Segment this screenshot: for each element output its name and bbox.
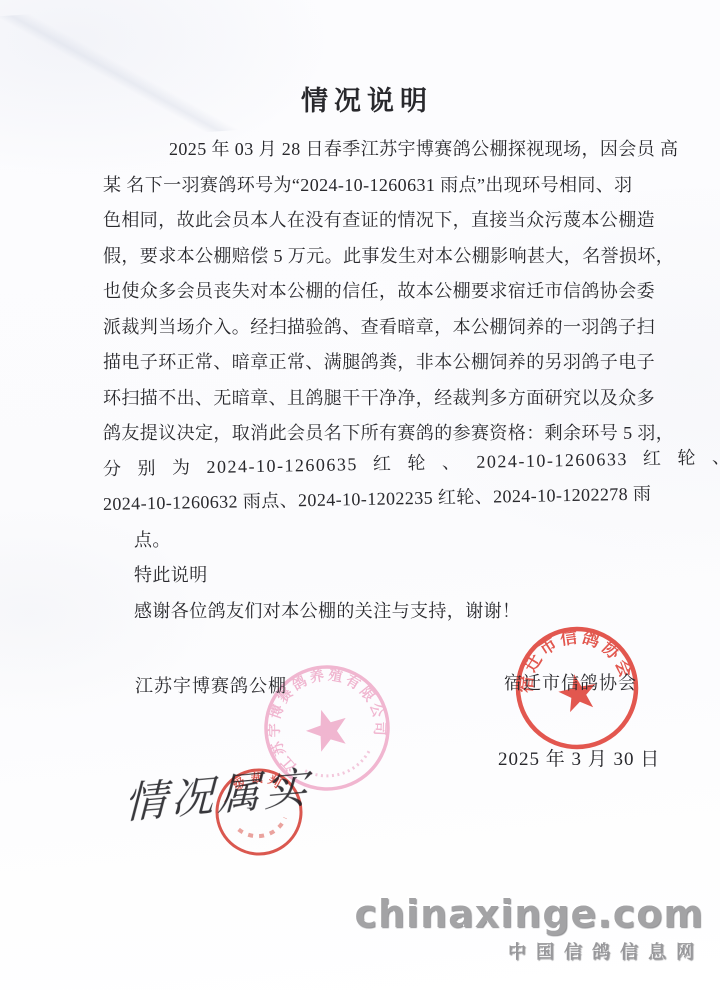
handwritten-note: 情况属实 <box>123 753 311 831</box>
body-line: 描电子环正常、暗章正常、满腿鸽粪，非本公棚饲养的另羽鸽子电子 <box>103 345 631 381</box>
referee-seal-lower-marks <box>239 818 288 841</box>
body-line: 也使众多会员丧失对本公棚的信任，故本公棚要求宿迁市信鸽协会委 <box>103 274 631 310</box>
body-line: 点。 <box>134 523 631 559</box>
signature-loft-name: 江苏宇博赛鸽公棚 <box>135 672 287 698</box>
body-line: 特此说明 <box>134 558 631 594</box>
body-line: 2025 年 03 月 28 日春季江苏宇博赛鸽公棚探视现场，因会员 高 <box>103 132 631 168</box>
seal-serial-dots <box>305 750 374 784</box>
body-line: 派裁判当场介入。经扫描验鸽、查看暗章，本公棚饲养的一羽鸽子扫 <box>103 310 631 346</box>
document-body: 2025 年 03 月 28 日春季江苏宇博赛鸽公棚探视现场，因会员 高 某 名… <box>103 132 631 629</box>
body-line: 环扫描不出、无暗章、且鸽腿干干净净，经裁判多方面研究以及众多 <box>103 381 631 417</box>
document-title: 情况说明 <box>103 86 631 116</box>
body-line: 假，要求本公棚赔偿 5 万元。此事发生对本公棚影响甚大，名誉损坏， <box>103 239 631 275</box>
statement-document: 情况说明 2025 年 03 月 28 日春季江苏宇博赛鸽公棚探视现场，因会员 … <box>103 86 631 629</box>
watermark-site-name-text: 中国信鸽信息网 <box>354 938 704 964</box>
body-line: 某 名下一羽赛鸽环号为“2024-10-1260631 雨点”出现环号相同、羽 <box>103 168 631 204</box>
signature-association-name: 宿迁市信鸽协会 <box>504 669 637 695</box>
signature-date: 2025 年 3 月 30 日 <box>498 744 660 771</box>
star-icon <box>301 703 353 754</box>
scanned-document-page: 情况说明 2025 年 03 月 28 日春季江苏宇博赛鸽公棚探视现场，因会员 … <box>0 0 720 990</box>
body-line: 色相同，故此会员本人在没有查证的情况下，直接当众污蔑本公棚造 <box>103 203 631 239</box>
watermark-domain-text: chinaxinge.com <box>354 894 704 934</box>
site-watermark: chinaxinge.com 中国信鸽信息网 <box>354 894 704 964</box>
body-line: 感谢各位鸽友们对本公棚的关注与支持，谢谢！ <box>134 594 631 630</box>
